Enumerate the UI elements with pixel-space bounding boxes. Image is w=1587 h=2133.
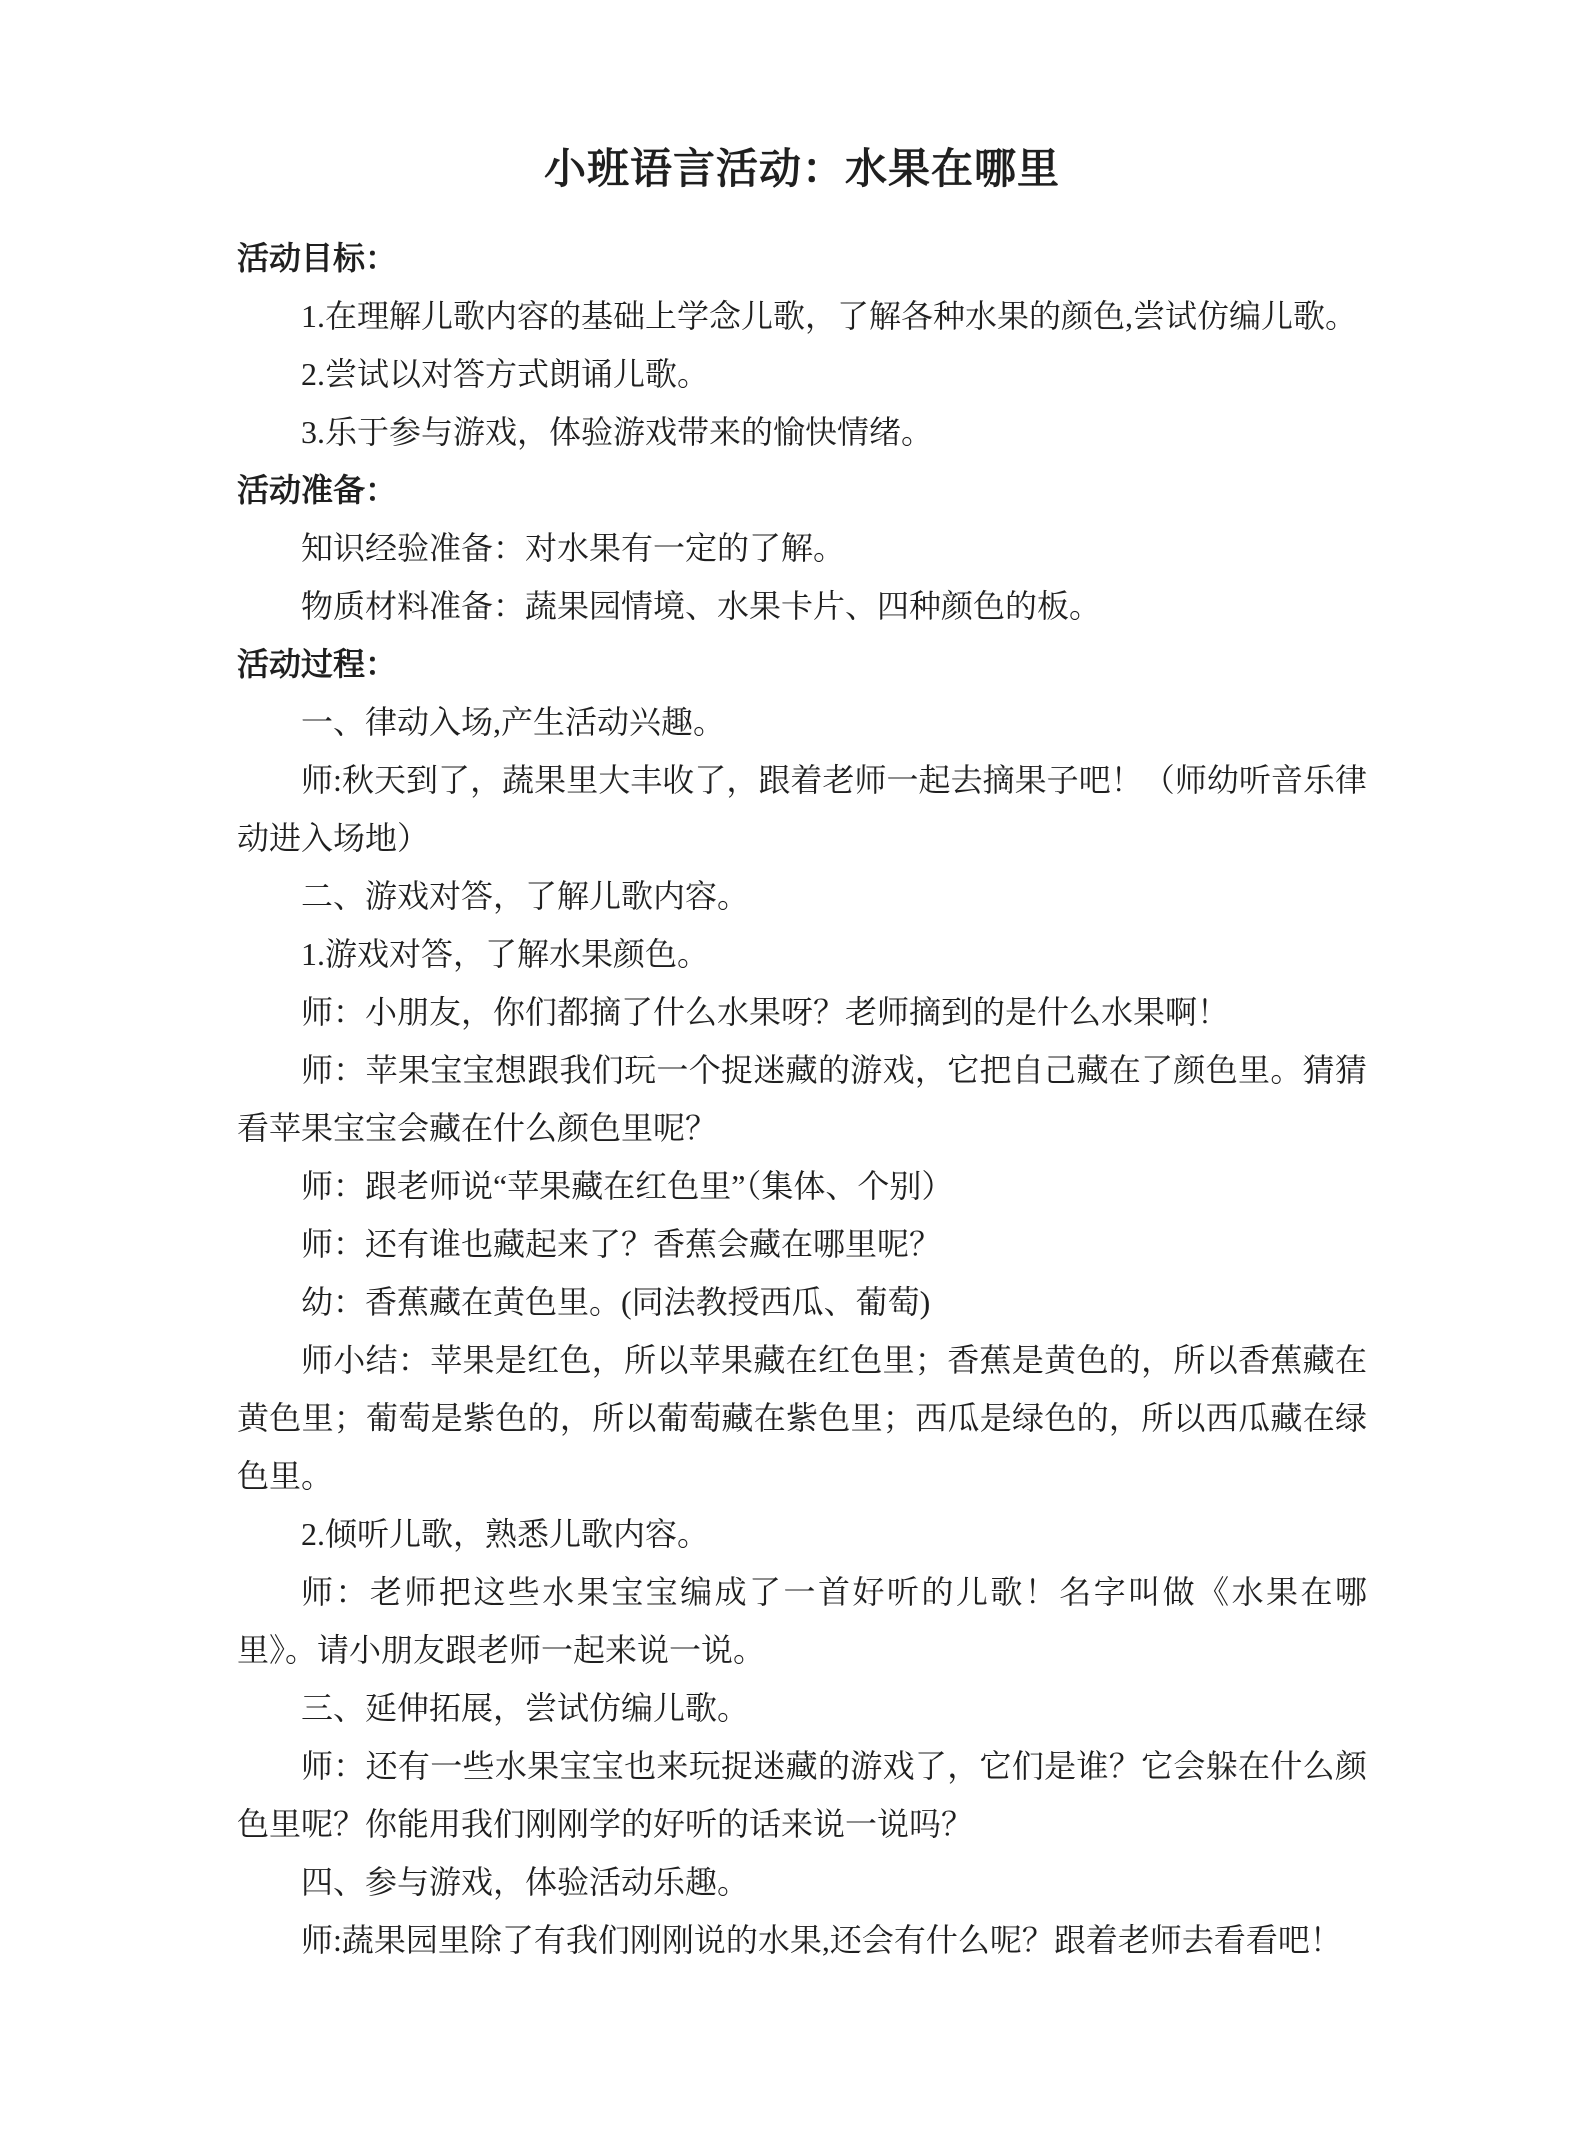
section-preparation: 活动准备： 知识经验准备：对水果有一定的了解。 物质材料准备：蔬果园情境、水果卡… — [237, 461, 1367, 635]
goal-item: 3.乐于参与游戏，体验游戏带来的愉快情绪。 — [237, 403, 1367, 461]
preparation-item: 物质材料准备：蔬果园情境、水果卡片、四种颜色的板。 — [237, 577, 1367, 635]
preparation-item: 知识经验准备：对水果有一定的了解。 — [237, 519, 1367, 577]
document-content: 小班语言活动：水果在哪里 活动目标： 1.在理解儿歌内容的基础上学念儿歌，了解各… — [237, 145, 1367, 1969]
document-page: 小班语言活动：水果在哪里 活动目标： 1.在理解儿歌内容的基础上学念儿歌，了解各… — [0, 0, 1587, 2133]
process-step: 2.倾听儿歌，熟悉儿歌内容。 — [237, 1505, 1367, 1563]
process-step: 师:蔬果园里除了有我们刚刚说的水果,还会有什么呢？跟着老师去看看吧！ — [237, 1911, 1367, 1969]
process-step: 师：还有谁也藏起来了？香蕉会藏在哪里呢？ — [237, 1215, 1367, 1273]
process-step: 1.游戏对答，了解水果颜色。 — [237, 925, 1367, 983]
process-step: 三、延伸拓展，尝试仿编儿歌。 — [237, 1679, 1367, 1737]
process-step: 一、律动入场,产生活动兴趣。 — [237, 693, 1367, 751]
section-goals: 活动目标： 1.在理解儿歌内容的基础上学念儿歌，了解各种水果的颜色,尝试仿编儿歌… — [237, 229, 1367, 461]
process-step: 师：老师把这些水果宝宝编成了一首好听的儿歌！名字叫做《水果在哪里》。请小朋友跟老… — [237, 1563, 1367, 1679]
goal-item: 1.在理解儿歌内容的基础上学念儿歌，了解各种水果的颜色,尝试仿编儿歌。 — [237, 287, 1367, 345]
process-step: 师小结：苹果是红色，所以苹果藏在红色里；香蕉是黄色的，所以香蕉藏在黄色里；葡萄是… — [237, 1331, 1367, 1505]
section-heading-goals: 活动目标： — [237, 229, 1367, 287]
process-step: 师：还有一些水果宝宝也来玩捉迷藏的游戏了，它们是谁？它会躲在什么颜色里呢？你能用… — [237, 1737, 1367, 1853]
section-heading-preparation: 活动准备： — [237, 461, 1367, 519]
section-process: 活动过程： 一、律动入场,产生活动兴趣。 师:秋天到了，蔬果里大丰收了，跟着老师… — [237, 635, 1367, 1969]
process-step: 师:秋天到了，蔬果里大丰收了，跟着老师一起去摘果子吧！（师幼听音乐律动进入场地） — [237, 751, 1367, 867]
process-step: 四、参与游戏，体验活动乐趣。 — [237, 1853, 1367, 1911]
process-step: 师：跟老师说“苹果藏在红色里”（集体、个别） — [237, 1157, 1367, 1215]
process-step: 幼：香蕉藏在黄色里。(同法教授西瓜、葡萄) — [237, 1273, 1367, 1331]
process-step: 师：苹果宝宝想跟我们玩一个捉迷藏的游戏，它把自己藏在了颜色里。猜猜看苹果宝宝会藏… — [237, 1041, 1367, 1157]
goal-item: 2.尝试以对答方式朗诵儿歌。 — [237, 345, 1367, 403]
process-step: 师：小朋友，你们都摘了什么水果呀？老师摘到的是什么水果啊！ — [237, 983, 1367, 1041]
document-title: 小班语言活动：水果在哪里 — [237, 145, 1367, 193]
process-step: 二、游戏对答，了解儿歌内容。 — [237, 867, 1367, 925]
section-heading-process: 活动过程： — [237, 635, 1367, 693]
